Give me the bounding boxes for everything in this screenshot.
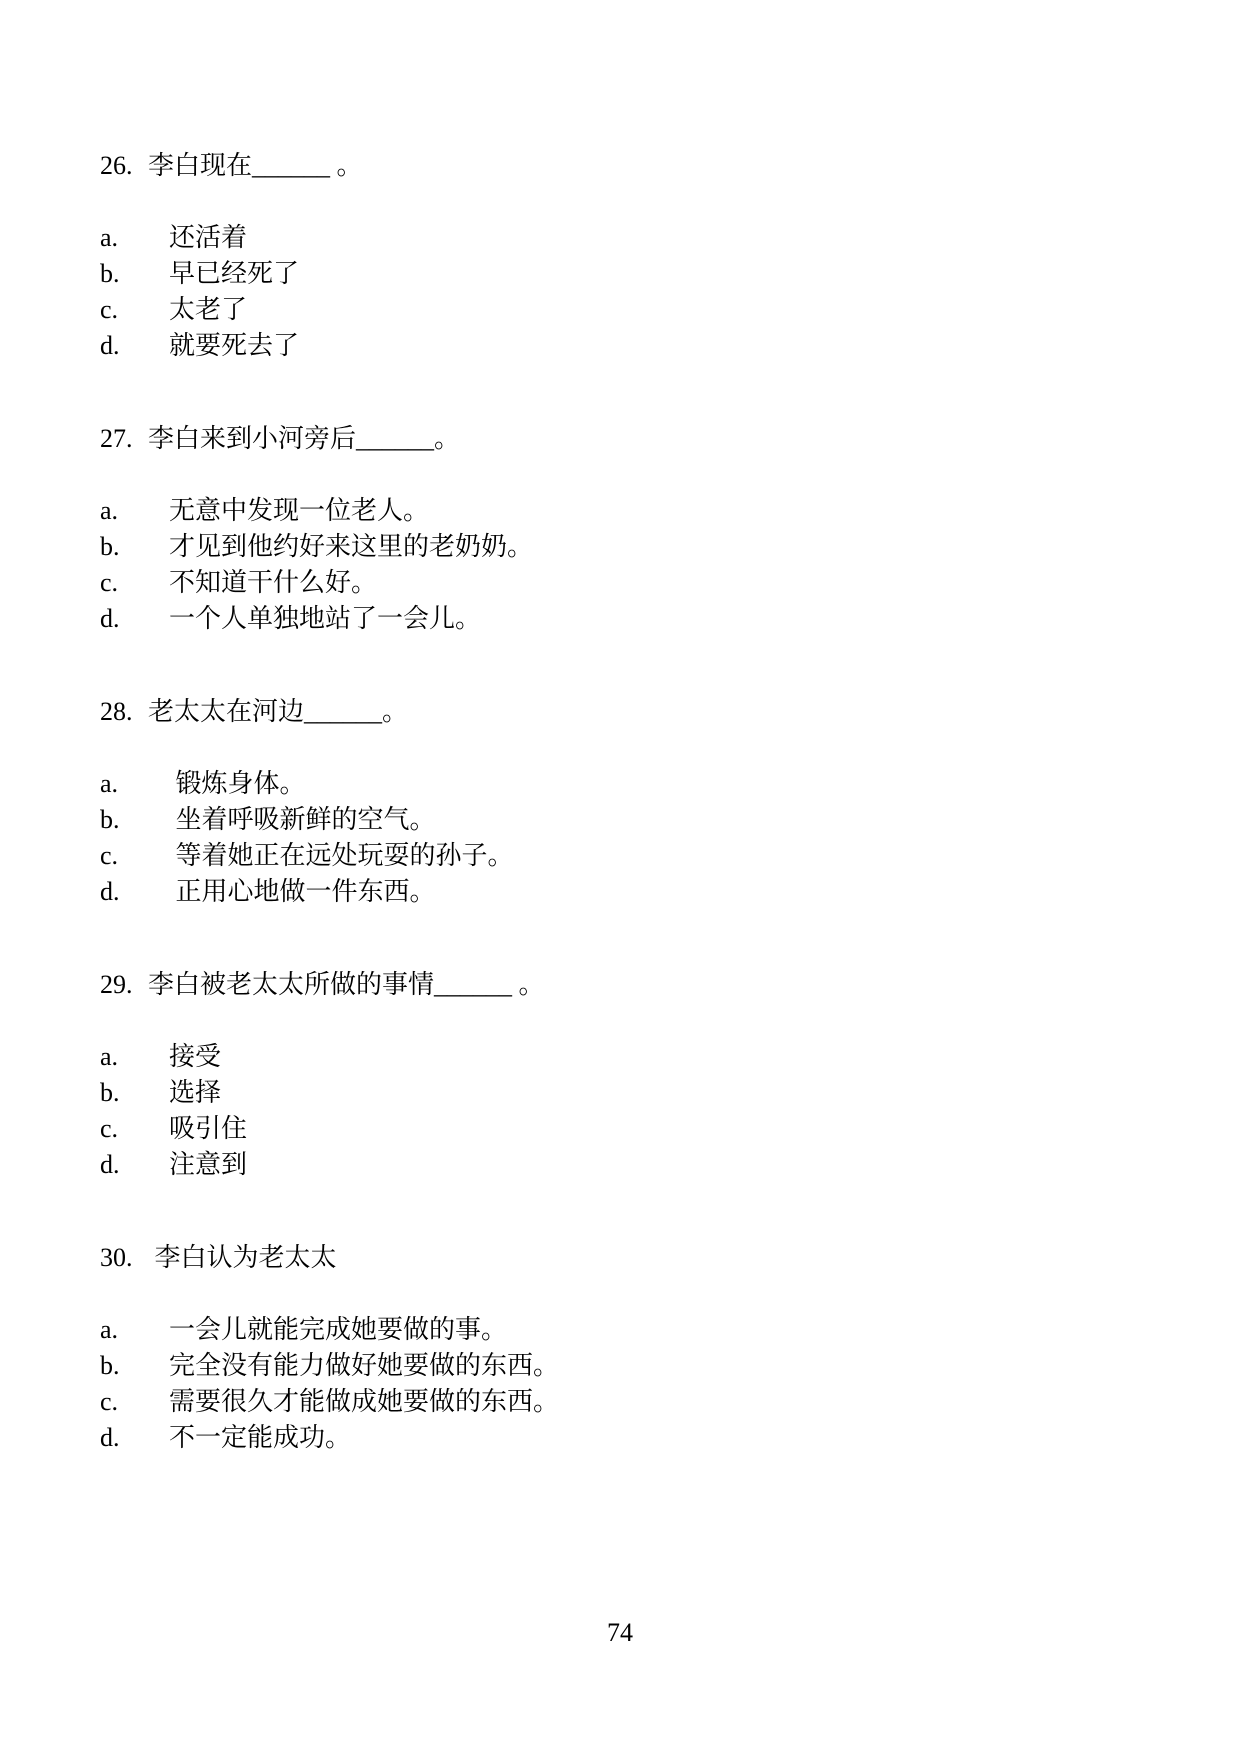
answer-option: d. 一个人单独地站了一会儿。: [100, 601, 1150, 637]
answer-option: c. 等着她正在远处玩耍的孙子。: [100, 838, 1150, 874]
question-header: 27. 李白来到小河旁后______。: [100, 421, 1150, 457]
option-letter: a.: [100, 766, 169, 802]
option-text: 才见到他约好来这里的老奶奶。: [169, 529, 533, 565]
answer-option: a. 无意中发现一位老人。: [100, 493, 1150, 529]
option-text: 无意中发现一位老人。: [169, 493, 429, 529]
answer-option: a. 还活着: [100, 220, 1150, 256]
option-letter: d.: [100, 1420, 169, 1456]
option-letter: b.: [100, 1348, 169, 1384]
option-letter: a.: [100, 493, 169, 529]
option-letter: b.: [100, 529, 169, 565]
option-text: 早已经死了: [169, 256, 299, 292]
answer-option: b. 坐着呼吸新鲜的空气。: [100, 802, 1150, 838]
question-number: 29.: [100, 967, 148, 1003]
option-letter: c.: [100, 565, 169, 601]
answer-option: a. 锻炼身体。: [100, 766, 1150, 802]
answer-option: c. 需要很久才能做成她要做的东西。: [100, 1384, 1150, 1420]
option-text: 正用心地做一件东西。: [169, 874, 436, 910]
option-text: 太老了: [169, 292, 247, 328]
option-text: 吸引住: [169, 1111, 247, 1147]
questions-section: 26. 李白现在______ 。 a. 还活着 b. 早已经死了 c. 太老了 …: [100, 148, 1150, 1513]
option-text: 不知道干什么好。: [169, 565, 377, 601]
option-letter: c.: [100, 1111, 169, 1147]
option-letter: a.: [100, 1312, 169, 1348]
option-text: 不一定能成功。: [169, 1420, 351, 1456]
question-text: 李白现在______ 。: [148, 148, 363, 184]
question-text: 李白被老太太所做的事情______ 。: [148, 967, 545, 1003]
option-text: 选择: [169, 1075, 221, 1111]
answer-option: d. 正用心地做一件东西。: [100, 874, 1150, 910]
question-number: 27.: [100, 421, 148, 457]
option-text: 一个人单独地站了一会儿。: [169, 601, 481, 637]
option-letter: c.: [100, 1384, 169, 1420]
option-letter: d.: [100, 601, 169, 637]
option-letter: b.: [100, 1075, 169, 1111]
option-letter: c.: [100, 292, 169, 328]
option-text: 完全没有能力做好她要做的东西。: [169, 1348, 559, 1384]
option-text: 就要死去了: [169, 328, 299, 364]
option-text: 锻炼身体。: [169, 766, 306, 802]
answer-option: d. 不一定能成功。: [100, 1420, 1150, 1456]
question-number: 30.: [100, 1240, 148, 1276]
answer-option: a. 接受: [100, 1039, 1150, 1075]
answer-option: c. 吸引住: [100, 1111, 1150, 1147]
question-number: 26.: [100, 148, 148, 184]
answer-option: b. 早已经死了: [100, 256, 1150, 292]
answer-option: a. 一会儿就能完成她要做的事。: [100, 1312, 1150, 1348]
option-text: 接受: [169, 1039, 221, 1075]
answer-option: c. 太老了: [100, 292, 1150, 328]
option-letter: d.: [100, 1147, 169, 1183]
question-block-27: 27. 李白来到小河旁后______。 a. 无意中发现一位老人。 b. 才见到…: [100, 421, 1150, 637]
option-letter: b.: [100, 802, 169, 838]
option-letter: d.: [100, 874, 169, 910]
page-number: 74: [0, 1615, 1240, 1651]
question-text: 老太太在河边______。: [148, 694, 408, 730]
question-header: 29. 李白被老太太所做的事情______ 。: [100, 967, 1150, 1003]
question-header: 30. 李白认为老太太: [100, 1240, 1150, 1276]
question-number: 28.: [100, 694, 148, 730]
option-text: 需要很久才能做成她要做的东西。: [169, 1384, 559, 1420]
question-block-26: 26. 李白现在______ 。 a. 还活着 b. 早已经死了 c. 太老了 …: [100, 148, 1150, 364]
answer-option: b. 才见到他约好来这里的老奶奶。: [100, 529, 1150, 565]
question-header: 26. 李白现在______ 。: [100, 148, 1150, 184]
option-text: 一会儿就能完成她要做的事。: [169, 1312, 507, 1348]
option-letter: d.: [100, 328, 169, 364]
question-text: 李白来到小河旁后______。: [148, 421, 460, 457]
question-text: 李白认为老太太: [148, 1240, 337, 1276]
option-text: 还活着: [169, 220, 247, 256]
option-text: 坐着呼吸新鲜的空气。: [169, 802, 436, 838]
option-letter: b.: [100, 256, 169, 292]
test-page: 26. 李白现在______ 。 a. 还活着 b. 早已经死了 c. 太老了 …: [0, 0, 1240, 1754]
question-block-29: 29. 李白被老太太所做的事情______ 。 a. 接受 b. 选择 c. 吸…: [100, 967, 1150, 1183]
answer-option: d. 就要死去了: [100, 328, 1150, 364]
answer-option: b. 完全没有能力做好她要做的东西。: [100, 1348, 1150, 1384]
option-letter: c.: [100, 838, 169, 874]
question-block-28: 28. 老太太在河边______。 a. 锻炼身体。 b. 坐着呼吸新鲜的空气。…: [100, 694, 1150, 910]
option-letter: a.: [100, 220, 169, 256]
answer-option: b. 选择: [100, 1075, 1150, 1111]
option-text: 等着她正在远处玩耍的孙子。: [169, 838, 514, 874]
question-header: 28. 老太太在河边______。: [100, 694, 1150, 730]
answer-option: d. 注意到: [100, 1147, 1150, 1183]
question-block-30: 30. 李白认为老太太 a. 一会儿就能完成她要做的事。 b. 完全没有能力做好…: [100, 1240, 1150, 1456]
answer-option: c. 不知道干什么好。: [100, 565, 1150, 601]
option-text: 注意到: [169, 1147, 247, 1183]
option-letter: a.: [100, 1039, 169, 1075]
